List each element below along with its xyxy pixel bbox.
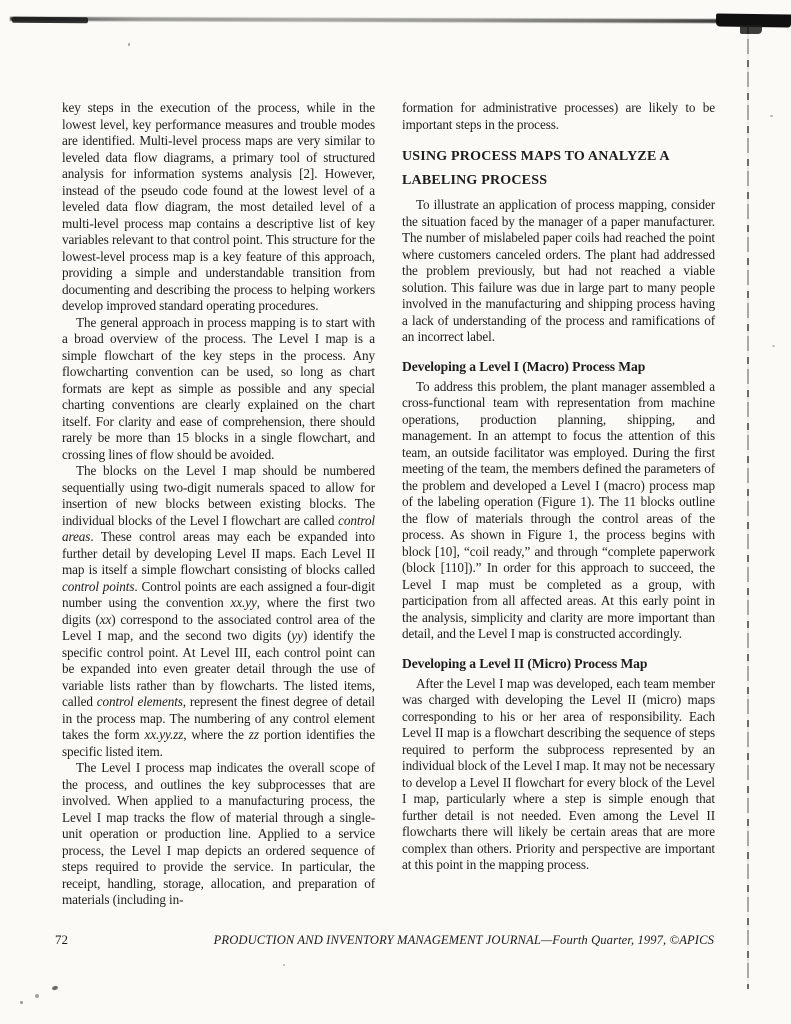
page-footer: 72 PRODUCTION AND INVENTORY MANAGEMENT J… <box>55 932 714 948</box>
paragraph: After the Level I map was developed, eac… <box>402 676 715 874</box>
journal-page: key steps in the execution of the proces… <box>0 0 791 1024</box>
scan-page-edge-line <box>747 27 749 989</box>
paragraph: key steps in the execution of the proces… <box>62 100 375 315</box>
scan-streak-artifact <box>10 17 752 23</box>
scan-speck <box>35 994 39 998</box>
paragraph: The blocks on the Level I map should be … <box>62 463 375 760</box>
scan-speck <box>283 964 285 966</box>
scan-speck <box>128 43 130 46</box>
paragraph: formation for administrative processes) … <box>402 100 715 133</box>
scan-speck <box>51 985 58 991</box>
journal-citation: PRODUCTION AND INVENTORY MANAGEMENT JOUR… <box>214 933 714 948</box>
section-heading: USING PROCESS MAPS TO ANALYZE A LABELING… <box>402 145 715 193</box>
paragraph: The general approach in process mapping … <box>62 315 375 464</box>
subsection-heading: Developing a Level II (Micro) Process Ma… <box>402 655 715 672</box>
right-column: formation for administrative processes) … <box>402 100 715 874</box>
scan-streak-right-tail <box>740 25 762 34</box>
scan-speck <box>772 345 775 347</box>
left-column: key steps in the execution of the proces… <box>62 100 375 909</box>
subsection-heading: Developing a Level I (Macro) Process Map <box>402 358 715 375</box>
scan-speck <box>20 1001 23 1004</box>
paragraph: The Level I process map indicates the ov… <box>62 760 375 909</box>
paragraph: To illustrate an application of process … <box>402 197 715 346</box>
scan-speck <box>770 115 773 117</box>
page-number: 72 <box>55 932 68 948</box>
scan-streak-left-dash <box>12 17 88 23</box>
paragraph: To address this problem, the plant manag… <box>402 379 715 643</box>
